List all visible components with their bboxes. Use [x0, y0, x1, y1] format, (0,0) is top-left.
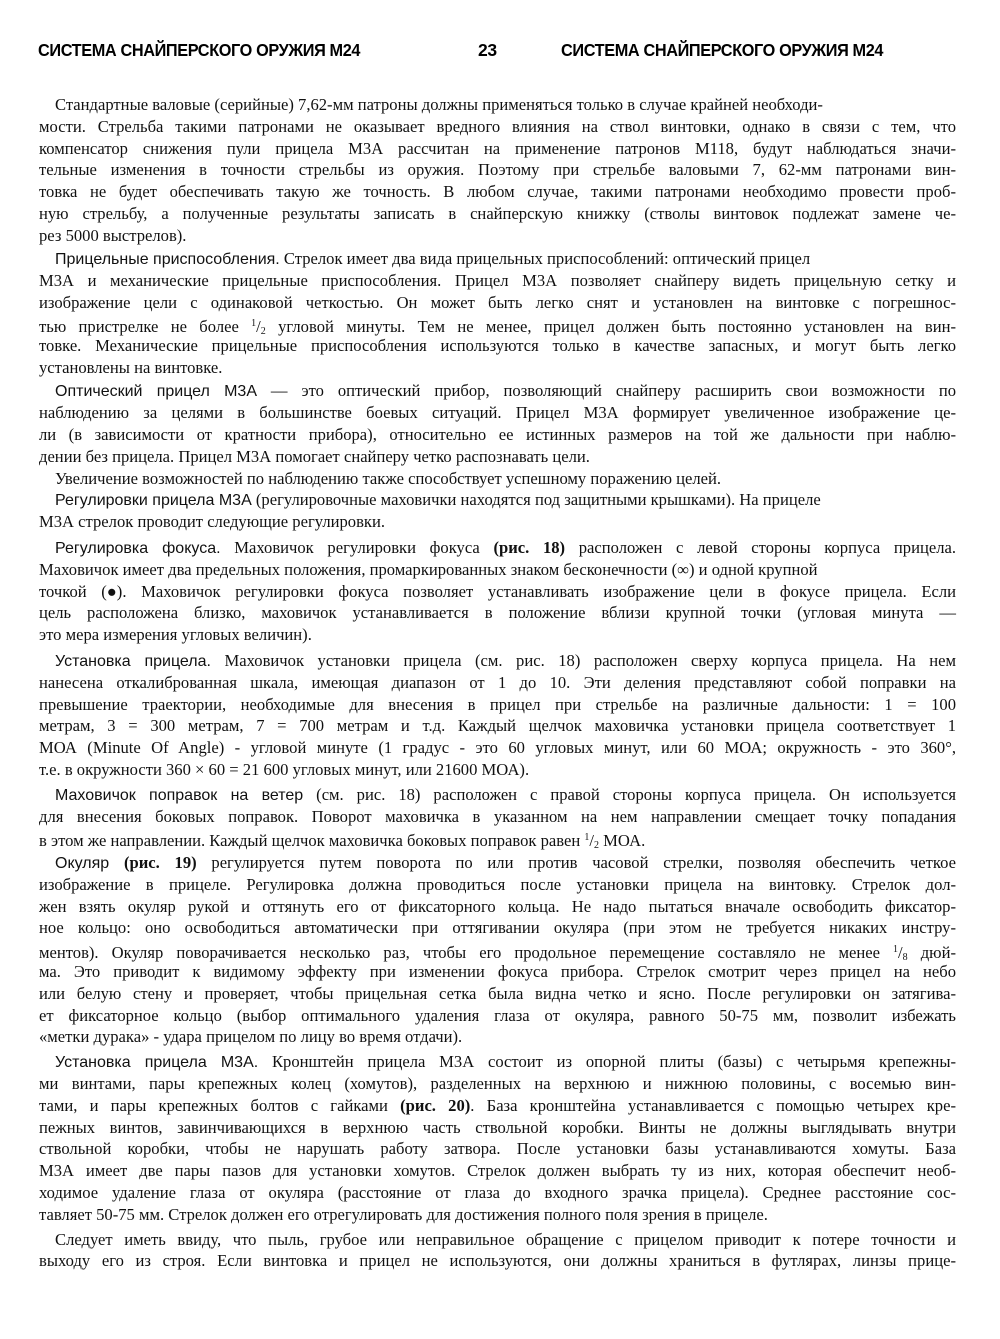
paragraph-lead: Установка прицела. — [55, 653, 211, 670]
figure-reference: (рис. 20) — [400, 1096, 470, 1115]
page-number: 23 — [478, 40, 497, 61]
running-title-left: СИСТЕМА СНАЙПЕРСКОГО ОРУЖИЯ М24 — [38, 40, 360, 61]
figure-reference: (рис. 19) — [124, 853, 197, 872]
text-line: ствольной коробки, чтобы не нарушать раб… — [39, 1138, 956, 1160]
text-line: мости. Стрельба такими патронами не оказ… — [39, 116, 956, 138]
text-line: в этом же направлении. Каждый щелчок мах… — [39, 827, 956, 849]
text-line: нанесена откалиброванная шкала, имеющая … — [39, 672, 956, 694]
text-line: цель расположена близко, маховичок устан… — [39, 602, 956, 624]
text-line: тавляет 50-75 мм. Стрелок должен его отр… — [39, 1204, 956, 1226]
text-line: компенсатор снижения пули прицела М3А ра… — [39, 138, 956, 160]
paragraph-lead: Оптический прицел М3А — [55, 383, 257, 400]
text-line: Установка прицела. Маховичок установки п… — [39, 650, 956, 672]
text-line: жен взять окуляр рукой и оттянуть его от… — [39, 896, 956, 918]
text-line: ми винтами, пары крепежных колец (хомуто… — [39, 1073, 956, 1095]
text-line: М3А имеет две пары пазов для установки х… — [39, 1160, 956, 1182]
text-line: превышение траектории, необходимые для в… — [39, 694, 956, 716]
text-line: тельные изменения в точности стрельбы из… — [39, 159, 956, 181]
text-line: для внесения боковых поправок. Поворот м… — [39, 806, 956, 828]
text-line: Увеличение возможностей по наблюдению та… — [39, 468, 956, 490]
paragraph-lead: Регулировки прицела М3А — [55, 492, 252, 509]
text-line: Установка прицела М3А. Кронштейн прицела… — [39, 1051, 956, 1073]
text-line: М3А стрелок проводит следующие регулиров… — [39, 511, 956, 533]
text-line: ную стрельбу, а полученные результаты за… — [39, 203, 956, 225]
paragraph-optical-sight: Оптический прицел М3А — это оптический п… — [39, 380, 956, 467]
text-line: изображение в прицеле. Регулировка должн… — [39, 874, 956, 896]
figure-reference: (рис. 18) — [493, 538, 565, 557]
text-line: ет фиксаторное кольцо (выбор оптимальног… — [39, 1005, 956, 1027]
paragraph-eyepiece: Окуляр (рис. 19) регулируется путем пово… — [39, 852, 956, 1048]
text-line: ментов). Окуляр поворачивается несколько… — [39, 939, 956, 961]
text-line: товка не будет обеспечивать такую же точ… — [39, 181, 956, 203]
text-line: пежных винтов, завинчивающихся в верхнюю… — [39, 1117, 956, 1139]
text-line: установлены на винтовке. — [39, 357, 956, 379]
paragraph-lead: Регулировка фокуса. — [55, 540, 221, 557]
text-line: М3А и механические прицельные приспособл… — [39, 270, 956, 292]
text-line: Маховичок имеет два предельных положения… — [39, 559, 956, 581]
text-line: товке. Механические прицельные приспособ… — [39, 335, 956, 357]
text-line: т.е. в окружности 360 × 60 = 21 600 угло… — [39, 759, 956, 781]
paragraph-elevation: Установка прицела. Маховичок установки п… — [39, 650, 956, 781]
text-line: Стандартные валовые (серийные) 7,62-мм п… — [39, 94, 956, 116]
paragraph-focus-adjustment: Регулировка фокуса. Маховичок регулировк… — [39, 537, 956, 646]
text-line: Оптический прицел М3А — это оптический п… — [39, 380, 956, 402]
text-line: Регулировка фокуса. Маховичок регулировк… — [39, 537, 956, 559]
paragraph-windage: Маховичок поправок на ветер (см. рис. 18… — [39, 784, 956, 849]
text-line: изображение цели с одинаковой четкостью.… — [39, 292, 956, 314]
paragraph-lead: Прицельные приспособления. — [55, 251, 280, 268]
paragraph-scope-mount: Установка прицела М3А. Кронштейн прицела… — [39, 1051, 956, 1225]
text-line: точкой (●). Маховичок регулировки фокуса… — [39, 581, 956, 603]
text-line: или белую стену и проверяет, чтобы прице… — [39, 983, 956, 1005]
text-line: это мера измерения угловых величин). — [39, 624, 956, 646]
page-header: СИСТЕМА СНАЙПЕРСКОГО ОРУЖИЯ М24 23 СИСТЕ… — [0, 40, 1000, 70]
text-line: Маховичок поправок на ветер (см. рис. 18… — [39, 784, 956, 806]
text-line: Окуляр (рис. 19) регулируется путем пово… — [39, 852, 956, 874]
text-line: тью пристрелке не более 1/2 угловой мину… — [39, 313, 956, 335]
text-line: ма. Это приводит к видимому эффекту при … — [39, 961, 956, 983]
paragraph-lead: Установка прицела М3А. — [55, 1054, 258, 1071]
paragraph-scope-care: Следует иметь ввиду, что пыль, грубое ил… — [39, 1229, 956, 1273]
text-line: Регулировки прицела М3А (регулировочные … — [39, 489, 956, 511]
page-body: Стандартные валовые (серийные) 7,62-мм п… — [39, 94, 956, 1272]
paragraph-sights: Прицельные приспособления. Стрелок имеет… — [39, 248, 956, 379]
text-line: Следует иметь ввиду, что пыль, грубое ил… — [39, 1229, 956, 1251]
text-line: выходу его из строя. Если винтовка и при… — [39, 1250, 956, 1272]
text-line: Прицельные приспособления. Стрелок имеет… — [39, 248, 956, 270]
paragraph-lead: Маховичок поправок на ветер — [55, 787, 303, 804]
paragraph-ammunition: Стандартные валовые (серийные) 7,62-мм п… — [39, 94, 956, 247]
text-line: метрам, 3 = 300 метрам, 7 = 700 метрам и… — [39, 715, 956, 737]
text-line: дении без прицела. Прицел М3А помогает с… — [39, 446, 956, 468]
text-line: «метки дурака» - удара прицелом по лицу … — [39, 1026, 956, 1048]
text-line: наблюдению за целями в большинстве боевы… — [39, 402, 956, 424]
text-line: МОА (Minute Of Angle) - угловой минуте (… — [39, 737, 956, 759]
paragraph-adjustments: Регулировки прицела М3А (регулировочные … — [39, 489, 956, 533]
paragraph-observation: Увеличение возможностей по наблюдению та… — [39, 468, 956, 490]
text-line: ходимое удаление глаза от окуляра (расст… — [39, 1182, 956, 1204]
text-line: рез 5000 выстрелов). — [39, 225, 956, 247]
paragraph-lead: Окуляр — [55, 855, 109, 872]
running-title-right: СИСТЕМА СНАЙПЕРСКОГО ОРУЖИЯ М24 — [561, 40, 883, 61]
text-line: ное кольцо: оно освободиться автоматичес… — [39, 917, 956, 939]
text-line: тами, и пары крепежных болтов с гайками … — [39, 1095, 956, 1117]
text-line: ли (в зависимости от кратности прибора),… — [39, 424, 956, 446]
